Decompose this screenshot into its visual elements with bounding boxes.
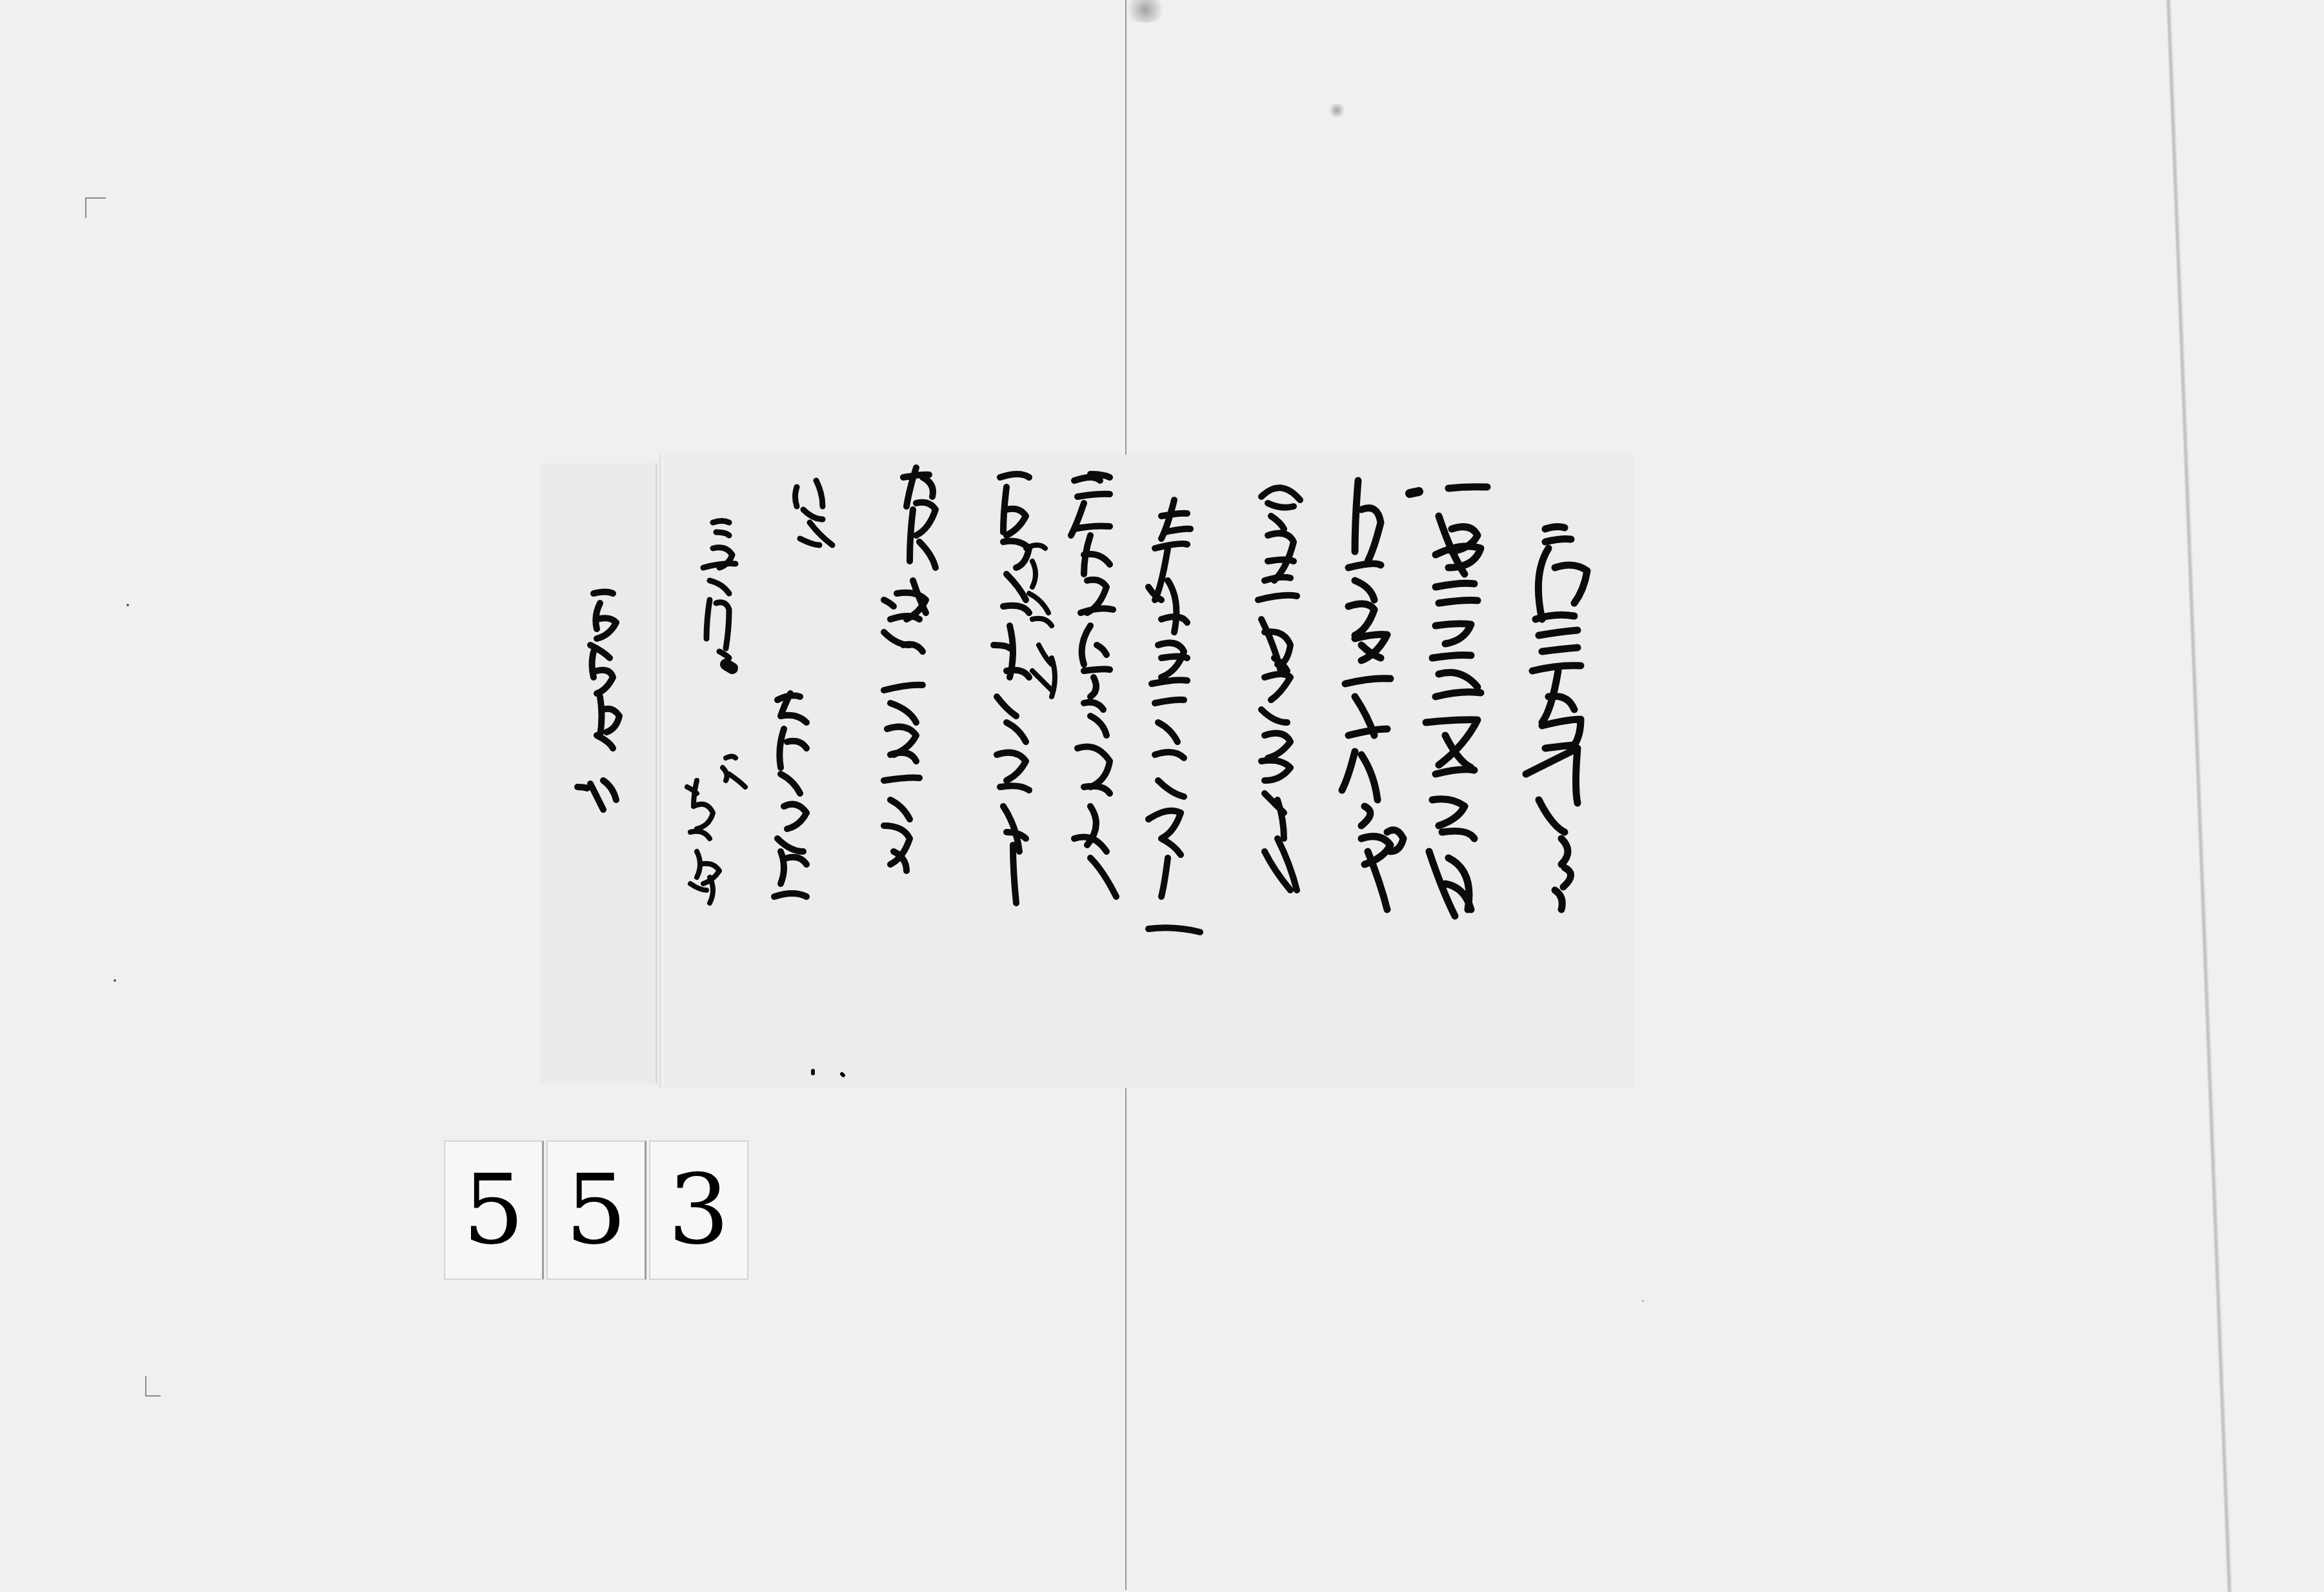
column-3 — [1342, 481, 1403, 910]
column-1-heading — [1526, 526, 1587, 910]
label-digit-1: 5 — [444, 1140, 544, 1280]
column-13-addressee — [577, 592, 619, 810]
column-11-date — [703, 521, 736, 670]
label-digit-3: 3 — [649, 1140, 748, 1280]
column-5 — [1148, 500, 1200, 932]
column-7 — [994, 474, 1055, 903]
ink-dot — [842, 1074, 843, 1075]
item-number-label: 5 5 3 — [444, 1140, 748, 1284]
column-4 — [1258, 488, 1300, 890]
handwritten-text — [0, 0, 2324, 1590]
column-8 — [884, 468, 936, 871]
column-6 — [1071, 474, 1116, 897]
ink-dot — [1410, 492, 1419, 493]
column-2 — [1426, 487, 1487, 916]
column-12-sender — [687, 757, 745, 904]
column-10-signature — [774, 693, 806, 897]
label-digit-2: 5 — [546, 1140, 646, 1280]
column-9-closing — [796, 481, 833, 545]
scan-background: 5 5 3 — [0, 0, 2324, 1590]
